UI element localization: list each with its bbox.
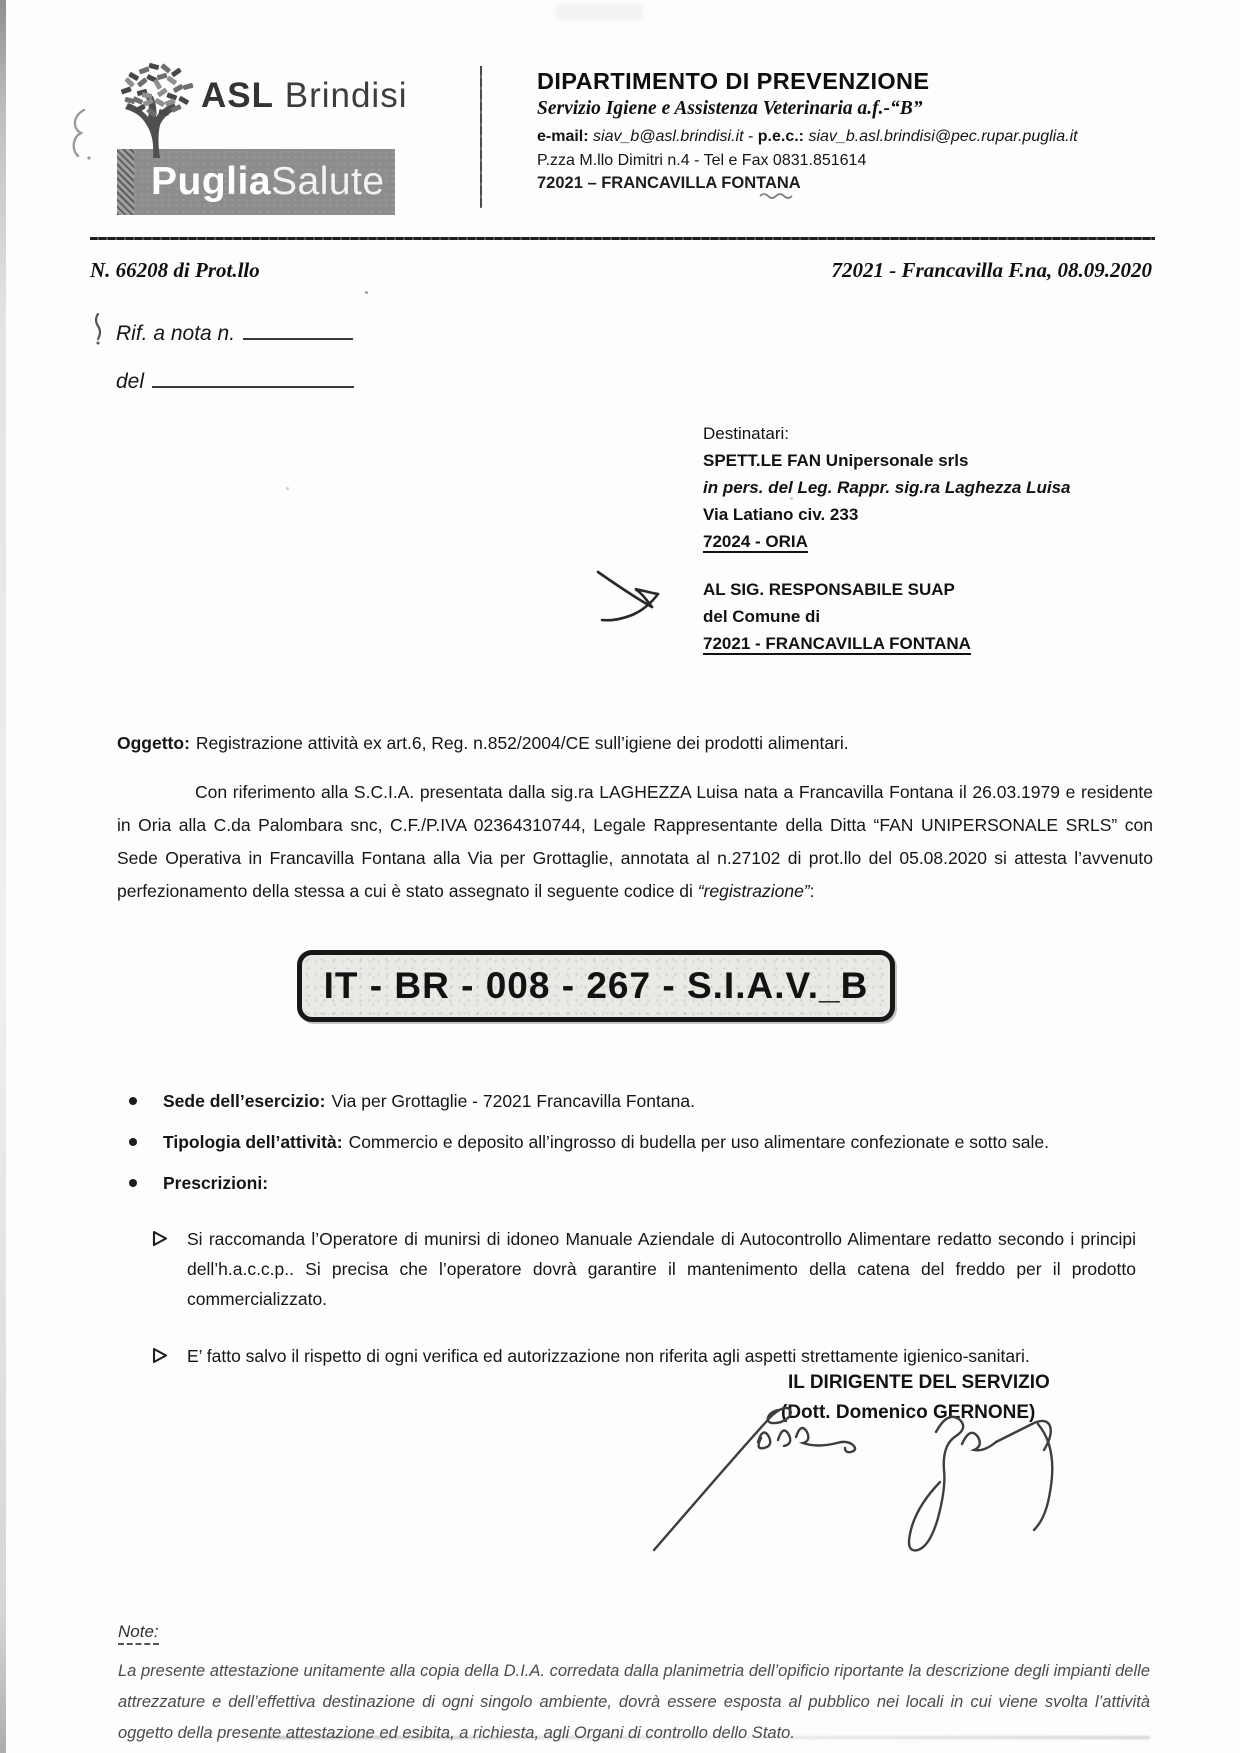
body-end: : <box>810 881 815 901</box>
tree-icon <box>109 60 205 160</box>
recipient-legal-rep: in pers. del Leg. Rappr. sig.ra Laghezza… <box>703 474 1070 501</box>
pec-value: siav_b.asl.brindisi@pec.rupar.puglia.it <box>804 128 1078 145</box>
scan-smudge <box>556 4 642 20</box>
email-label: e-mail: <box>537 128 589 145</box>
prescription-text: Si raccomanda l’Operatore di munirsi di … <box>187 1224 1136 1314</box>
puglia-bold: Puglia <box>151 160 271 203</box>
suap-city: 72021 - FRANCAVILLA FONTANA <box>703 630 971 657</box>
ref-note-label: Rif. a nota n. <box>116 322 235 345</box>
recipient-company: SPETT.LE FAN Unipersonale srls <box>703 447 1070 474</box>
bullet-sede-label: Sede dell’esercizio: <box>163 1091 325 1111</box>
note-label: Note: <box>118 1622 159 1645</box>
recipient-city: 72024 - ORIA <box>703 528 1070 555</box>
body-paragraph: Con riferimento alla S.C.I.A. presentata… <box>117 776 1153 908</box>
bullet-dot-icon <box>129 1138 137 1146</box>
scan-speck <box>286 487 289 490</box>
bullet-prescrizioni: Prescrizioni: <box>117 1172 1153 1195</box>
handwritten-signature <box>640 1398 1110 1558</box>
puglia-salute-wordmark: PugliaSalute <box>151 160 385 204</box>
pen-tick-icon <box>90 312 104 346</box>
arrowhead-bullet-icon <box>152 1230 169 1247</box>
bullet-sede: Sede dell’esercizio:Via per Grottaglie -… <box>117 1090 1153 1113</box>
ref-date-line: del <box>116 368 354 394</box>
note-paragraph: La presente attestazione unitamente alla… <box>118 1656 1150 1749</box>
scan-speck <box>365 291 368 294</box>
header-rule <box>90 237 1155 240</box>
header-divider <box>480 66 482 208</box>
bullet-list: Sede dell’esercizio:Via per Grottaglie -… <box>117 1090 1153 1213</box>
bullet-prescrizioni-label: Prescrizioni: <box>163 1173 268 1193</box>
registration-code: IT - BR - 008 - 267 - S.I.A.V._B <box>324 965 869 1007</box>
protocol-place-date: 72021 - Francavilla F.na, 08.09.2020 <box>832 258 1152 283</box>
arrowhead-bullet-icon <box>152 1347 169 1364</box>
bullet-dot-icon <box>129 1179 137 1187</box>
salute-light: Salute <box>271 160 385 203</box>
registration-code-box: IT - BR - 008 - 267 - S.I.A.V._B <box>297 950 895 1022</box>
protocol-number: N. 66208 di Prot.llo <box>90 258 260 283</box>
bullet-dot-icon <box>129 1097 137 1105</box>
prescription-text: E’ fatto salvo il rispetto di ogni verif… <box>187 1341 1030 1371</box>
ref-date-blank <box>152 368 354 388</box>
service-subtitle: Servizio Igiene e Assistenza Veterinaria… <box>537 98 1167 120</box>
scan-edge-artifact <box>0 0 6 1753</box>
recipients-label: Destinatari: <box>703 420 1070 447</box>
asl-bold: ASL <box>201 76 274 115</box>
subject-label: Oggetto: <box>117 733 190 753</box>
pen-mark-icon <box>68 106 94 162</box>
squiggle-mark-icon <box>759 192 793 200</box>
subject-text: Registrazione attività ex art.6, Reg. n.… <box>196 733 849 753</box>
bullet-tipologia-text: Commercio e deposito all’ingrosso di bud… <box>349 1132 1049 1152</box>
bullet-sede-text: Via per Grottaglie - 72021 Francavilla F… <box>331 1091 695 1111</box>
asl-logo: ASL Brindisi PugliaSalute <box>95 60 455 225</box>
suap-line1: AL SIG. RESPONSABILE SUAP <box>703 576 971 603</box>
ref-note-blank <box>243 320 353 340</box>
department-city: 72021 – FRANCAVILLA FONTANA <box>537 174 801 193</box>
email-value: siav_b@asl.brindisi.it <box>589 128 748 145</box>
asl-brindisi-wordmark: ASL Brindisi <box>201 76 407 116</box>
department-title: DIPARTIMENTO DI PREVENZIONE <box>537 68 1167 95</box>
prescription-item: Si raccomanda l’Operatore di munirsi di … <box>152 1224 1136 1314</box>
pec-label: p.e.c.: <box>753 128 804 145</box>
recipient-street: Via Latiano civ. 233 <box>703 501 1070 528</box>
department-city-text: 72021 – FRANCAVILLA FONTANA <box>537 174 801 192</box>
suap-block: AL SIG. RESPONSABILE SUAP del Comune di … <box>703 576 971 657</box>
bullet-tipologia-label: Tipologia dell’attività: <box>163 1132 343 1152</box>
hand-drawn-arrow-icon <box>592 566 696 632</box>
recipients-block: Destinatari: SPETT.LE FAN Unipersonale s… <box>703 420 1070 555</box>
body-quote: “registrazione” <box>698 881 810 901</box>
street-address: P.zza M.llo Dimitri n.4 - Tel e Fax 0831… <box>537 152 866 169</box>
bullet-tipologia: Tipologia dell’attività:Commercio e depo… <box>117 1131 1153 1154</box>
contact-lines: e-mail: siav_b@asl.brindisi.it - p.e.c.:… <box>537 125 1167 173</box>
body-text: Con riferimento alla S.C.I.A. presentata… <box>117 782 1153 901</box>
suap-line2: del Comune di <box>703 603 971 630</box>
protocol-row: N. 66208 di Prot.llo 72021 - Francavilla… <box>90 258 1152 283</box>
ref-note-line: Rif. a nota n. <box>116 320 353 346</box>
subject-line: Oggetto:Registrazione attività ex art.6,… <box>117 733 1152 754</box>
scanned-letter-page: ASL Brindisi PugliaSalute DIPARTIMENTO D… <box>0 0 1240 1753</box>
signature-role: IL DIRIGENTE DEL SERVIZIO <box>788 1372 1050 1394</box>
asl-rest: Brindisi <box>274 76 407 115</box>
prescription-item: E’ fatto salvo il rispetto di ogni verif… <box>152 1341 1136 1371</box>
department-block: DIPARTIMENTO DI PREVENZIONE Servizio Igi… <box>537 68 1167 193</box>
ref-date-label: del <box>116 370 144 393</box>
